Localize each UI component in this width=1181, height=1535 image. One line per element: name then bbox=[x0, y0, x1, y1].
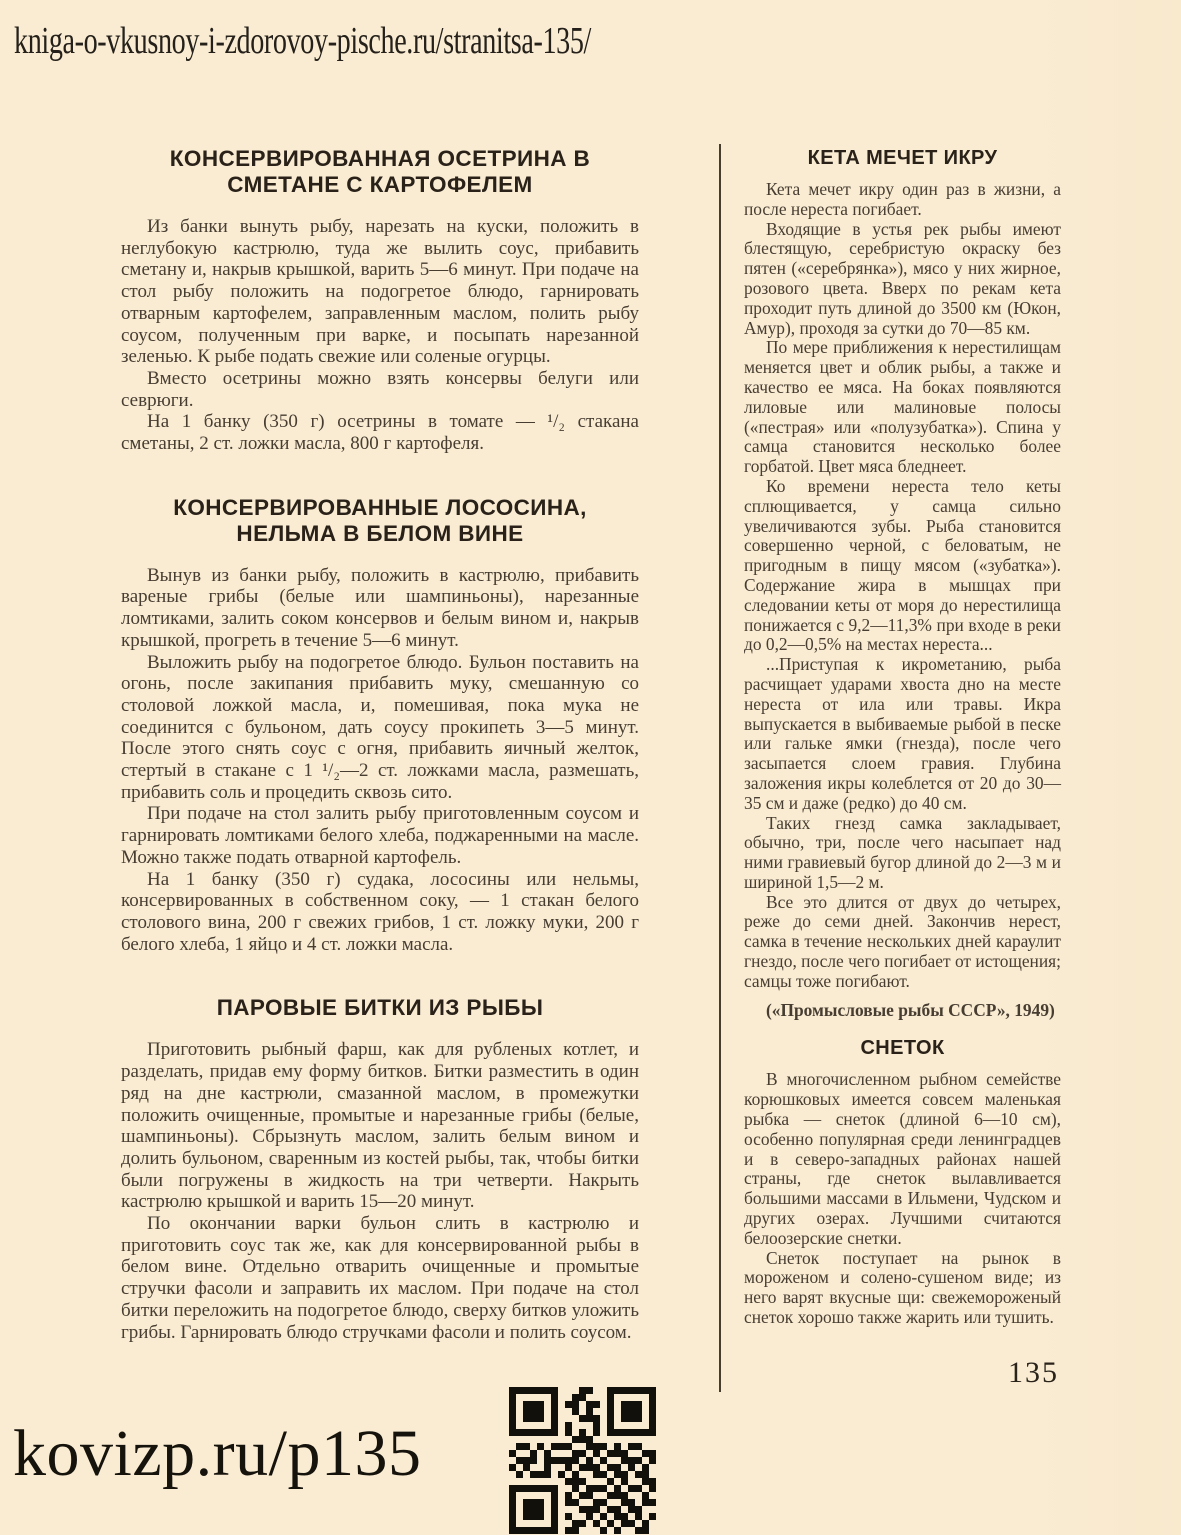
qr-module bbox=[572, 1450, 579, 1457]
qr-module bbox=[544, 1506, 551, 1513]
qr-module bbox=[600, 1527, 607, 1534]
recipe-paragraph: По окончании варки бульон слить в кастрю… bbox=[121, 1213, 639, 1343]
qr-module bbox=[572, 1485, 579, 1492]
qr-module bbox=[649, 1520, 656, 1527]
qr-module bbox=[530, 1485, 537, 1492]
qr-module bbox=[558, 1499, 565, 1506]
qr-module bbox=[544, 1415, 551, 1422]
qr-module bbox=[551, 1401, 558, 1408]
qr-module bbox=[600, 1464, 607, 1471]
qr-module bbox=[537, 1394, 544, 1401]
qr-module bbox=[565, 1499, 572, 1506]
qr-module bbox=[649, 1394, 656, 1401]
qr-module bbox=[642, 1394, 649, 1401]
qr-module bbox=[544, 1401, 551, 1408]
qr-module bbox=[600, 1415, 607, 1422]
qr-module bbox=[523, 1506, 530, 1513]
qr-module bbox=[614, 1492, 621, 1499]
qr-module bbox=[614, 1513, 621, 1520]
qr-module bbox=[558, 1492, 565, 1499]
qr-module bbox=[509, 1394, 516, 1401]
qr-module bbox=[565, 1471, 572, 1478]
qr-module bbox=[614, 1464, 621, 1471]
qr-module bbox=[586, 1513, 593, 1520]
qr-module bbox=[572, 1415, 579, 1422]
qr-module bbox=[551, 1387, 558, 1394]
qr-module bbox=[628, 1499, 635, 1506]
qr-module bbox=[523, 1401, 530, 1408]
qr-module bbox=[642, 1408, 649, 1415]
qr-module bbox=[572, 1394, 579, 1401]
note-paragraph: Снеток поступает на рынок в мороженом и … bbox=[744, 1249, 1061, 1328]
qr-module bbox=[649, 1485, 656, 1492]
qr-module bbox=[572, 1408, 579, 1415]
qr-module bbox=[509, 1415, 516, 1422]
qr-module bbox=[586, 1401, 593, 1408]
qr-module bbox=[572, 1499, 579, 1506]
qr-module bbox=[635, 1394, 642, 1401]
qr-module bbox=[642, 1443, 649, 1450]
qr-module bbox=[537, 1506, 544, 1513]
qr-module bbox=[523, 1464, 530, 1471]
qr-module bbox=[586, 1506, 593, 1513]
qr-module bbox=[600, 1401, 607, 1408]
qr-module bbox=[509, 1457, 516, 1464]
qr-module bbox=[551, 1408, 558, 1415]
qr-module bbox=[614, 1429, 621, 1436]
qr-module bbox=[523, 1443, 530, 1450]
qr-module bbox=[614, 1499, 621, 1506]
qr-module bbox=[509, 1499, 516, 1506]
qr-module bbox=[530, 1429, 537, 1436]
qr-module bbox=[635, 1429, 642, 1436]
qr-module bbox=[509, 1513, 516, 1520]
qr-module bbox=[621, 1450, 628, 1457]
recipe-title: КОНСЕРВИРОВАННАЯ ОСЕТРИНА В СМЕТАНЕ С КА… bbox=[127, 146, 633, 198]
note-paragraph: Таких гнезд самка закладывает, обычно, т… bbox=[744, 814, 1061, 893]
qr-module bbox=[628, 1443, 635, 1450]
qr-module bbox=[642, 1429, 649, 1436]
qr-module bbox=[628, 1457, 635, 1464]
qr-module bbox=[607, 1415, 614, 1422]
note-paragraph: ...Приступая к икрометанию, рыба расчища… bbox=[744, 655, 1061, 813]
qr-module bbox=[600, 1436, 607, 1443]
qr-module bbox=[579, 1492, 586, 1499]
qr-module bbox=[516, 1464, 523, 1471]
qr-module bbox=[649, 1422, 656, 1429]
qr-module bbox=[558, 1464, 565, 1471]
qr-module bbox=[593, 1457, 600, 1464]
qr-module bbox=[635, 1457, 642, 1464]
qr-module bbox=[586, 1485, 593, 1492]
qr-module bbox=[642, 1492, 649, 1499]
qr-module bbox=[586, 1464, 593, 1471]
qr-module bbox=[544, 1408, 551, 1415]
qr-module bbox=[642, 1471, 649, 1478]
qr-module bbox=[551, 1485, 558, 1492]
qr-module bbox=[621, 1457, 628, 1464]
qr-module bbox=[572, 1464, 579, 1471]
qr-module bbox=[579, 1464, 586, 1471]
qr-module bbox=[649, 1450, 656, 1457]
qr-module bbox=[572, 1457, 579, 1464]
qr-module bbox=[544, 1394, 551, 1401]
qr-module bbox=[565, 1415, 572, 1422]
qr-module bbox=[572, 1422, 579, 1429]
qr-module bbox=[565, 1513, 572, 1520]
qr-module bbox=[558, 1443, 565, 1450]
qr-module bbox=[516, 1513, 523, 1520]
qr-module bbox=[530, 1492, 537, 1499]
qr-module bbox=[635, 1471, 642, 1478]
qr-module bbox=[642, 1415, 649, 1422]
qr-module bbox=[607, 1499, 614, 1506]
recipe-paragraph: Вынув из банки рыбу, положить в кастрюлю… bbox=[121, 565, 639, 652]
qr-code bbox=[509, 1387, 656, 1534]
qr-module bbox=[537, 1485, 544, 1492]
qr-module bbox=[600, 1443, 607, 1450]
qr-module bbox=[600, 1387, 607, 1394]
qr-module bbox=[621, 1478, 628, 1485]
qr-module bbox=[593, 1415, 600, 1422]
qr-module bbox=[635, 1443, 642, 1450]
qr-module bbox=[558, 1394, 565, 1401]
note-paragraph: Ко времени нереста тело кеты сплющиваетс… bbox=[744, 477, 1061, 655]
qr-module bbox=[621, 1527, 628, 1534]
qr-module bbox=[621, 1401, 628, 1408]
qr-module bbox=[593, 1492, 600, 1499]
qr-module bbox=[579, 1471, 586, 1478]
qr-module bbox=[586, 1415, 593, 1422]
qr-module bbox=[565, 1394, 572, 1401]
qr-module bbox=[600, 1513, 607, 1520]
qr-module bbox=[642, 1457, 649, 1464]
recipe-paragraph: Приготовить рыбный фарш, как для рублены… bbox=[121, 1039, 639, 1213]
qr-module bbox=[607, 1429, 614, 1436]
qr-module bbox=[551, 1527, 558, 1534]
qr-module bbox=[579, 1520, 586, 1527]
qr-module bbox=[614, 1436, 621, 1443]
qr-module bbox=[586, 1457, 593, 1464]
qr-module bbox=[600, 1394, 607, 1401]
qr-module bbox=[565, 1443, 572, 1450]
qr-module bbox=[544, 1457, 551, 1464]
note-paragraph: В многочисленном рыбном семействе корюшк… bbox=[744, 1070, 1061, 1248]
qr-module bbox=[600, 1457, 607, 1464]
qr-module bbox=[635, 1520, 642, 1527]
qr-module bbox=[509, 1492, 516, 1499]
qr-module bbox=[551, 1394, 558, 1401]
qr-module bbox=[614, 1401, 621, 1408]
qr-module bbox=[621, 1471, 628, 1478]
qr-module bbox=[600, 1478, 607, 1485]
qr-module bbox=[572, 1478, 579, 1485]
qr-module bbox=[572, 1436, 579, 1443]
qr-module bbox=[635, 1485, 642, 1492]
qr-module bbox=[509, 1506, 516, 1513]
qr-module bbox=[614, 1422, 621, 1429]
note-paragraph: По мере приближения к нерестилищам меняе… bbox=[744, 338, 1061, 477]
qr-module bbox=[544, 1499, 551, 1506]
qr-module bbox=[530, 1478, 537, 1485]
note-title: СНЕТОК bbox=[744, 1036, 1061, 1060]
qr-module bbox=[649, 1513, 656, 1520]
qr-module bbox=[649, 1401, 656, 1408]
qr-module bbox=[537, 1520, 544, 1527]
qr-module bbox=[628, 1422, 635, 1429]
qr-module bbox=[593, 1527, 600, 1534]
qr-module bbox=[544, 1485, 551, 1492]
qr-module bbox=[593, 1485, 600, 1492]
qr-module bbox=[530, 1387, 537, 1394]
qr-module bbox=[558, 1408, 565, 1415]
qr-module bbox=[565, 1506, 572, 1513]
qr-module bbox=[621, 1408, 628, 1415]
qr-module bbox=[635, 1415, 642, 1422]
qr-module bbox=[551, 1513, 558, 1520]
qr-module bbox=[572, 1387, 579, 1394]
qr-module bbox=[544, 1436, 551, 1443]
qr-module bbox=[635, 1436, 642, 1443]
qr-module bbox=[558, 1429, 565, 1436]
qr-module bbox=[593, 1408, 600, 1415]
qr-module bbox=[516, 1527, 523, 1534]
qr-module bbox=[593, 1450, 600, 1457]
qr-module bbox=[628, 1520, 635, 1527]
qr-module bbox=[579, 1443, 586, 1450]
qr-module bbox=[579, 1499, 586, 1506]
qr-module bbox=[600, 1499, 607, 1506]
qr-module bbox=[551, 1457, 558, 1464]
qr-module bbox=[558, 1422, 565, 1429]
qr-module bbox=[551, 1471, 558, 1478]
qr-module bbox=[509, 1471, 516, 1478]
column-divider-rule bbox=[719, 144, 721, 1392]
recipe-paragraph: При подаче на стол залить рыбу приготовл… bbox=[121, 803, 639, 868]
qr-module bbox=[579, 1429, 586, 1436]
qr-module bbox=[537, 1499, 544, 1506]
qr-module bbox=[635, 1422, 642, 1429]
qr-module bbox=[572, 1513, 579, 1520]
qr-module bbox=[614, 1520, 621, 1527]
qr-module bbox=[621, 1387, 628, 1394]
qr-module bbox=[628, 1471, 635, 1478]
qr-module bbox=[523, 1429, 530, 1436]
qr-module bbox=[516, 1415, 523, 1422]
qr-module bbox=[572, 1506, 579, 1513]
qr-module bbox=[572, 1527, 579, 1534]
qr-module bbox=[628, 1408, 635, 1415]
qr-module bbox=[516, 1485, 523, 1492]
qr-module bbox=[509, 1520, 516, 1527]
book-page: kniga-o-vkusnoy-i-zdorovoy-pische.ru/str… bbox=[0, 0, 1181, 1535]
qr-module bbox=[558, 1401, 565, 1408]
qr-module bbox=[537, 1415, 544, 1422]
qr-module bbox=[628, 1527, 635, 1534]
qr-module bbox=[642, 1478, 649, 1485]
qr-module bbox=[628, 1436, 635, 1443]
qr-module bbox=[649, 1471, 656, 1478]
qr-module bbox=[565, 1429, 572, 1436]
qr-module bbox=[593, 1506, 600, 1513]
qr-module bbox=[614, 1471, 621, 1478]
qr-module bbox=[635, 1387, 642, 1394]
qr-module bbox=[523, 1436, 530, 1443]
qr-module bbox=[551, 1478, 558, 1485]
qr-module bbox=[544, 1464, 551, 1471]
qr-module bbox=[558, 1436, 565, 1443]
qr-module bbox=[516, 1387, 523, 1394]
qr-module bbox=[600, 1471, 607, 1478]
qr-module bbox=[516, 1443, 523, 1450]
qr-module bbox=[607, 1408, 614, 1415]
qr-module bbox=[593, 1464, 600, 1471]
qr-module bbox=[628, 1429, 635, 1436]
qr-module bbox=[621, 1485, 628, 1492]
note-paragraph: Кета мечет икру один раз в жизни, а посл… bbox=[744, 180, 1061, 220]
qr-module bbox=[565, 1450, 572, 1457]
qr-module bbox=[621, 1436, 628, 1443]
qr-module bbox=[642, 1485, 649, 1492]
qr-module bbox=[635, 1408, 642, 1415]
qr-module bbox=[649, 1527, 656, 1534]
qr-module bbox=[607, 1394, 614, 1401]
qr-module bbox=[642, 1422, 649, 1429]
qr-module bbox=[516, 1394, 523, 1401]
qr-module bbox=[530, 1457, 537, 1464]
note-section-keta: КЕТА МЕЧЕТ ИКРУ Кета мечет икру один раз… bbox=[744, 146, 1061, 1020]
qr-module bbox=[635, 1464, 642, 1471]
qr-module bbox=[565, 1457, 572, 1464]
qr-module bbox=[516, 1457, 523, 1464]
note-paragraph: Входящие в устья рек рыбы имеют блестящу… bbox=[744, 220, 1061, 339]
qr-module bbox=[516, 1471, 523, 1478]
qr-module bbox=[530, 1443, 537, 1450]
qr-module bbox=[593, 1387, 600, 1394]
qr-module bbox=[516, 1408, 523, 1415]
qr-module bbox=[607, 1513, 614, 1520]
qr-module bbox=[523, 1457, 530, 1464]
footer-short-url: kovizp.ru/p135 bbox=[13, 1414, 421, 1493]
qr-module bbox=[607, 1478, 614, 1485]
qr-module bbox=[579, 1506, 586, 1513]
qr-module bbox=[537, 1513, 544, 1520]
qr-module bbox=[628, 1450, 635, 1457]
qr-module bbox=[586, 1478, 593, 1485]
qr-module bbox=[530, 1415, 537, 1422]
qr-module bbox=[551, 1520, 558, 1527]
qr-module bbox=[523, 1520, 530, 1527]
qr-module bbox=[579, 1478, 586, 1485]
qr-module bbox=[649, 1408, 656, 1415]
qr-module bbox=[516, 1520, 523, 1527]
qr-module bbox=[516, 1506, 523, 1513]
qr-module bbox=[509, 1464, 516, 1471]
qr-module bbox=[565, 1436, 572, 1443]
qr-module bbox=[572, 1401, 579, 1408]
qr-module bbox=[572, 1492, 579, 1499]
qr-module bbox=[523, 1527, 530, 1534]
qr-module bbox=[607, 1506, 614, 1513]
qr-module bbox=[565, 1478, 572, 1485]
qr-module bbox=[565, 1408, 572, 1415]
qr-module bbox=[558, 1387, 565, 1394]
qr-module bbox=[544, 1513, 551, 1520]
qr-module bbox=[551, 1429, 558, 1436]
qr-module bbox=[607, 1436, 614, 1443]
qr-module bbox=[586, 1499, 593, 1506]
qr-module bbox=[600, 1492, 607, 1499]
qr-module bbox=[586, 1443, 593, 1450]
qr-module bbox=[537, 1492, 544, 1499]
qr-module bbox=[586, 1429, 593, 1436]
qr-module bbox=[586, 1492, 593, 1499]
qr-module bbox=[628, 1387, 635, 1394]
qr-module bbox=[607, 1450, 614, 1457]
qr-module bbox=[600, 1520, 607, 1527]
qr-module bbox=[614, 1394, 621, 1401]
qr-module bbox=[600, 1485, 607, 1492]
qr-module bbox=[509, 1436, 516, 1443]
qr-module bbox=[565, 1485, 572, 1492]
qr-module bbox=[516, 1499, 523, 1506]
qr-module bbox=[649, 1464, 656, 1471]
qr-module bbox=[579, 1387, 586, 1394]
qr-module bbox=[607, 1387, 614, 1394]
recipe-paragraph: Вместо осетрины можно взять консервы бел… bbox=[121, 368, 639, 411]
qr-module bbox=[530, 1506, 537, 1513]
qr-module bbox=[530, 1471, 537, 1478]
recipe-section-bitki: ПАРОВЫЕ БИТКИ ИЗ РЫБЫ Приготовить рыбный… bbox=[121, 995, 639, 1343]
main-column: КОНСЕРВИРОВАННАЯ ОСЕТРИНА В СМЕТАНЕ С КА… bbox=[121, 146, 639, 1343]
qr-module bbox=[649, 1429, 656, 1436]
qr-module bbox=[530, 1450, 537, 1457]
qr-module bbox=[593, 1478, 600, 1485]
qr-module bbox=[635, 1478, 642, 1485]
qr-module bbox=[565, 1422, 572, 1429]
qr-module bbox=[551, 1499, 558, 1506]
qr-module bbox=[593, 1520, 600, 1527]
qr-module bbox=[523, 1450, 530, 1457]
qr-module bbox=[607, 1485, 614, 1492]
qr-module bbox=[579, 1485, 586, 1492]
qr-module bbox=[544, 1527, 551, 1534]
qr-module bbox=[642, 1436, 649, 1443]
qr-module bbox=[530, 1520, 537, 1527]
qr-module bbox=[593, 1443, 600, 1450]
qr-module bbox=[621, 1422, 628, 1429]
note-paragraph: Все это длится от двух до четырех, реже … bbox=[744, 893, 1061, 992]
qr-module bbox=[537, 1429, 544, 1436]
qr-module bbox=[516, 1478, 523, 1485]
qr-module bbox=[572, 1443, 579, 1450]
qr-module bbox=[635, 1401, 642, 1408]
qr-module bbox=[523, 1492, 530, 1499]
qr-module bbox=[523, 1415, 530, 1422]
qr-module bbox=[523, 1387, 530, 1394]
recipe-paragraph: Из банки вынуть рыбу, нарезать на куски,… bbox=[121, 216, 639, 368]
qr-module bbox=[614, 1443, 621, 1450]
recipe-section-osetrina: КОНСЕРВИРОВАННАЯ ОСЕТРИНА В СМЕТАНЕ С КА… bbox=[121, 146, 639, 455]
qr-module bbox=[530, 1513, 537, 1520]
qr-module bbox=[621, 1429, 628, 1436]
qr-module bbox=[614, 1450, 621, 1457]
qr-module bbox=[649, 1492, 656, 1499]
qr-module bbox=[523, 1485, 530, 1492]
qr-module bbox=[516, 1450, 523, 1457]
recipe-title: КОНСЕРВИРОВАННЫЕ ЛОСОСИНА, НЕЛЬМА В БЕЛО… bbox=[127, 495, 633, 547]
qr-module bbox=[593, 1422, 600, 1429]
